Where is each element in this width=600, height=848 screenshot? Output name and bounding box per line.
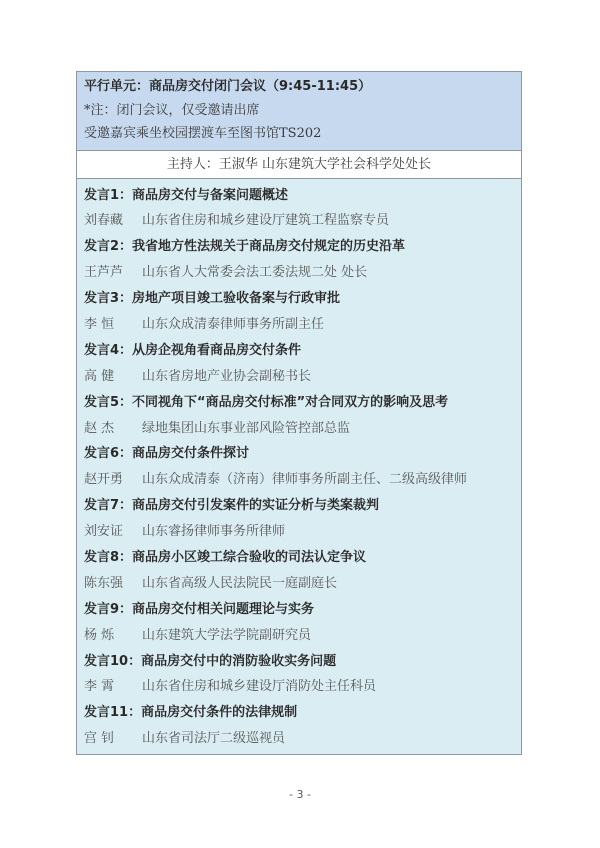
speaker-row: 宫 钊山东省司法厅二级巡视员 — [84, 726, 521, 752]
talk-title: 发言1：商品房交付与备案问题概述 — [84, 183, 521, 209]
speaker-affiliation: 山东省人大常委会法工委法规二处 处长 — [142, 265, 367, 280]
speaker-affiliation: 山东众成清泰（济南）律师事务所副主任、二级高级律师 — [142, 472, 467, 487]
session-title: 平行单元：商品房交付闭门会议（9:45-11:45） — [84, 75, 521, 99]
speaker-affiliation: 山东省房地产业协会副秘书长 — [142, 369, 311, 384]
speaker-affiliation: 山东众成清泰律师事务所副主任 — [142, 317, 324, 332]
page-number: - 3 - — [0, 788, 600, 801]
speaker-row: 李 恒山东众成清泰律师事务所副主任 — [84, 312, 521, 338]
speaker-row: 刘春藏山东省住房和城乡建设厅建筑工程监察专员 — [84, 208, 521, 234]
speaker-row: 陈东强山东省高级人民法院民一庭副庭长 — [84, 571, 521, 597]
talk-title: 发言5：不同视角下“商品房交付标准”对合同双方的影响及思考 — [84, 390, 521, 416]
talk-title: 发言10：商品房交付中的消防验收实务问题 — [84, 649, 521, 675]
host-row: 主持人：王淑华 山东建筑大学社会科学处处长 — [77, 151, 521, 179]
speaker-name: 赵开勇 — [84, 467, 142, 493]
talk-title: 发言9：商品房交付相关问题理论与实务 — [84, 597, 521, 623]
talk-title: 发言7：商品房交付引发案件的实证分析与类案裁判 — [84, 493, 521, 519]
talk-list: 发言1：商品房交付与备案问题概述 刘春藏山东省住房和城乡建设厅建筑工程监察专员 … — [77, 179, 521, 755]
shuttle-info: 受邀嘉宾乘坐校园摆渡车至图书馆TS202 — [84, 122, 521, 146]
talk-title: 发言6：商品房交付条件探讨 — [84, 441, 521, 467]
talk-title: 发言11：商品房交付条件的法律规制 — [84, 700, 521, 726]
speaker-affiliation: 山东省高级人民法院民一庭副庭长 — [142, 576, 337, 591]
speaker-row: 高 健山东省房地产业协会副秘书长 — [84, 364, 521, 390]
speaker-name: 李 恒 — [84, 312, 142, 338]
agenda-table: 平行单元：商品房交付闭门会议（9:45-11:45） *注：闭门会议，仅受邀请出… — [76, 71, 522, 755]
speaker-row: 王芦芦山东省人大常委会法工委法规二处 处长 — [84, 260, 521, 286]
speaker-affiliation: 绿地集团山东事业部风险管控部总监 — [142, 421, 350, 436]
speaker-affiliation: 山东睿扬律师事务所律师 — [142, 524, 285, 539]
speaker-name: 李 霄 — [84, 674, 142, 700]
speaker-name: 刘安证 — [84, 519, 142, 545]
talk-title: 发言4：从房企视角看商品房交付条件 — [84, 338, 521, 364]
speaker-row: 赵 杰绿地集团山东事业部风险管控部总监 — [84, 416, 521, 442]
speaker-row: 赵开勇山东众成清泰（济南）律师事务所副主任、二级高级律师 — [84, 467, 521, 493]
speaker-affiliation: 山东省住房和城乡建设厅消防处主任科员 — [142, 679, 376, 694]
session-note: *注：闭门会议，仅受邀请出席 — [84, 99, 521, 123]
speaker-name: 高 健 — [84, 364, 142, 390]
speaker-name: 王芦芦 — [84, 260, 142, 286]
talk-title: 发言8：商品房小区竣工综合验收的司法认定争议 — [84, 545, 521, 571]
speaker-name: 刘春藏 — [84, 208, 142, 234]
speaker-name: 陈东强 — [84, 571, 142, 597]
speaker-affiliation: 山东建筑大学法学院副研究员 — [142, 628, 311, 643]
speaker-affiliation: 山东省司法厅二级巡视员 — [142, 731, 285, 746]
speaker-row: 李 霄山东省住房和城乡建设厅消防处主任科员 — [84, 674, 521, 700]
speaker-row: 杨 烁山东建筑大学法学院副研究员 — [84, 623, 521, 649]
speaker-affiliation: 山东省住房和城乡建设厅建筑工程监察专员 — [142, 213, 389, 228]
session-header: 平行单元：商品房交付闭门会议（9:45-11:45） *注：闭门会议，仅受邀请出… — [77, 72, 521, 151]
talk-title: 发言3：房地产项目竣工验收备案与行政审批 — [84, 286, 521, 312]
speaker-name: 杨 烁 — [84, 623, 142, 649]
speaker-name: 赵 杰 — [84, 416, 142, 442]
speaker-name: 宫 钊 — [84, 726, 142, 752]
talk-title: 发言2：我省地方性法规关于商品房交付规定的历史沿革 — [84, 234, 521, 260]
speaker-row: 刘安证山东睿扬律师事务所律师 — [84, 519, 521, 545]
